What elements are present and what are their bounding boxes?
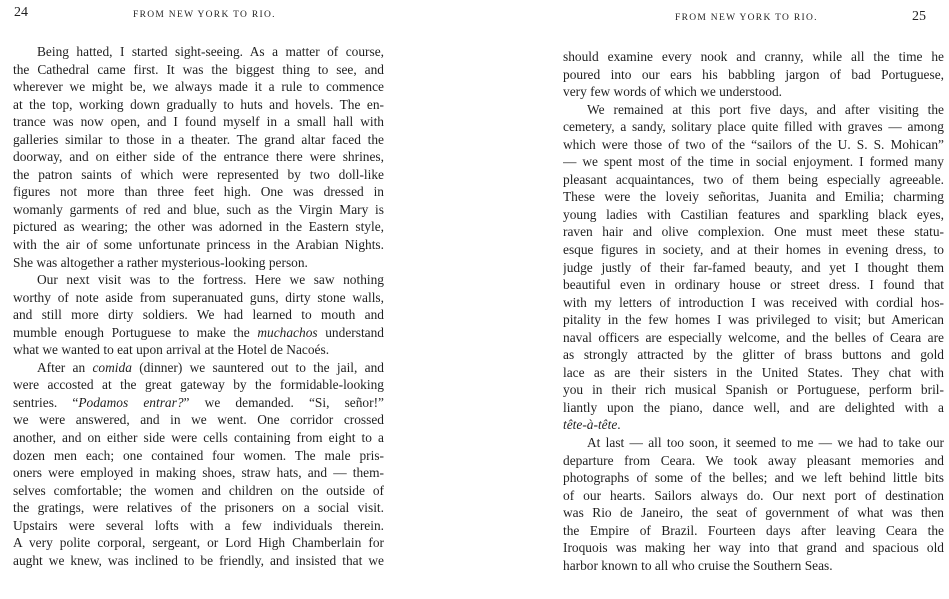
text-line: pitality in the few homes I was privileg…	[563, 311, 944, 329]
text-line: what we wanted to eat upon arrival at th…	[13, 341, 384, 359]
text-line: worthy of note aside from superanuated g…	[13, 289, 384, 307]
text-line: and still more dirty soldiers. We had le…	[13, 306, 384, 324]
text-line: poured into our ears his babbling jargon…	[563, 66, 944, 84]
text-line: At last — all too soon, it seemed to me …	[563, 434, 944, 452]
text-line: cemetery, a sandy, solitary place quite …	[563, 118, 944, 136]
text-line: the gratings, were relatives of the pris…	[13, 499, 384, 517]
text-line: After an comida (dinner) we sauntered ou…	[13, 359, 384, 377]
text-line: harbor known to all who cruise the South…	[563, 557, 944, 575]
text-line: Iroquois was making her way into that gr…	[563, 539, 944, 557]
text-line: selves comfortable; the women and childr…	[13, 482, 384, 500]
text-line: galleries similar to those in a theater.…	[13, 131, 384, 149]
italic-phrase: tête-à-tête	[563, 417, 617, 432]
text-line: with the air of some unfortunate princes…	[13, 236, 384, 254]
text-line: womanly garments of red and blue, such a…	[13, 201, 384, 219]
page-number-left: 24	[14, 5, 28, 21]
text-line: photographs of some of the belles; and w…	[563, 469, 944, 487]
text-line: very few words of which we understood.	[563, 83, 944, 101]
text-line: A very polite corporal, sergeant, or Lor…	[13, 534, 384, 552]
text-line: liantly upon the piano, dance well, and …	[563, 399, 944, 417]
left-page: 24 FROM NEW YORK TO RIO. Being hatted, I…	[0, 0, 474, 599]
text-line: — we spent most of the time in social en…	[563, 153, 944, 171]
italic-phrase: muchachos	[257, 325, 317, 340]
running-head-left: FROM NEW YORK TO RIO.	[133, 10, 276, 20]
text-line: aught we knew, was inclined to be friend…	[13, 552, 384, 570]
text-line: you in their rich musical Spanish or Por…	[563, 381, 944, 399]
italic-phrase: Podamos entrar?	[78, 395, 183, 410]
text-line: tête-à-tête.	[563, 416, 944, 434]
text-line: with my letters of introduction I was re…	[563, 294, 944, 312]
text-line: lace as are their sisters in the United …	[563, 364, 944, 382]
text-line: These were the loveiy señoritas, Juanita…	[563, 188, 944, 206]
text-line: at the top, working down gradually to hu…	[13, 96, 384, 114]
text-line: doorway, and on either side of the entra…	[13, 148, 384, 166]
text-line: We remained at this port five days, and …	[563, 101, 944, 119]
text-line: oners were employed in making shoes, str…	[13, 464, 384, 482]
right-page: FROM NEW YORK TO RIO. 25 should examine …	[474, 0, 949, 599]
text-line: which were those of two of the “sailors …	[563, 136, 944, 154]
text-line: the patron saints of which were represen…	[13, 166, 384, 184]
text-line: judge justly of their far-famed beauty, …	[563, 259, 944, 277]
text-line: pictured as wearing; the other was adorn…	[13, 218, 384, 236]
text-line: figures not more than three feet high. O…	[13, 183, 384, 201]
text-line: departure from Ceara. We took away pleas…	[563, 452, 944, 470]
text-line: was Rio de Janeiro, the seat of governme…	[563, 504, 944, 522]
text-line: naval officers are especially welcome, a…	[563, 329, 944, 347]
text-line: sentries. “Podamos entrar?” we demanded.…	[13, 394, 384, 412]
italic-phrase: comida	[92, 360, 131, 375]
running-head-right: FROM NEW YORK TO RIO.	[675, 13, 818, 23]
text-line: She was altogether a rather mysterious-l…	[13, 254, 384, 272]
text-line: the Cathedral came first. It was the big…	[13, 61, 384, 79]
text-line: beautiful even in ordinary house or stre…	[563, 276, 944, 294]
text-line: were accosted at the great gateway by th…	[13, 376, 384, 394]
text-line: as strongly attracted by the glitter of …	[563, 346, 944, 364]
text-line: Our next visit was to the fortress. Here…	[13, 271, 384, 289]
text-line: Being hatted, I started sight-seeing. As…	[13, 43, 384, 61]
text-line: young ladies with Castilian features and…	[563, 206, 944, 224]
left-page-body: Being hatted, I started sight-seeing. As…	[13, 43, 384, 569]
text-line: raven hair and olive complexion. One mus…	[563, 223, 944, 241]
page-number-right: 25	[912, 9, 926, 25]
text-line: wherever we might be, we always made it …	[13, 78, 384, 96]
text-line: the Empire of Brazil. Fourteen days afte…	[563, 522, 944, 540]
text-line: mumble enough Portuguese to make the muc…	[13, 324, 384, 342]
text-line: pleasant acquaintances, two of them bein…	[563, 171, 944, 189]
text-line: trance was now open, and I found myself …	[13, 113, 384, 131]
text-line: esque figures in society, and at their h…	[563, 241, 944, 259]
text-line: of our hearts. Sailors always do. Our ne…	[563, 487, 944, 505]
text-line: should examine every nook and cranny, wh…	[563, 48, 944, 66]
right-page-body: should examine every nook and cranny, wh…	[563, 48, 944, 574]
text-line: we were answered, and in we went. One co…	[13, 411, 384, 429]
text-line: Upstairs were several lofts with a few i…	[13, 517, 384, 535]
text-line: dozen men each; one contained four women…	[13, 447, 384, 465]
text-line: another, and on either side were cells c…	[13, 429, 384, 447]
